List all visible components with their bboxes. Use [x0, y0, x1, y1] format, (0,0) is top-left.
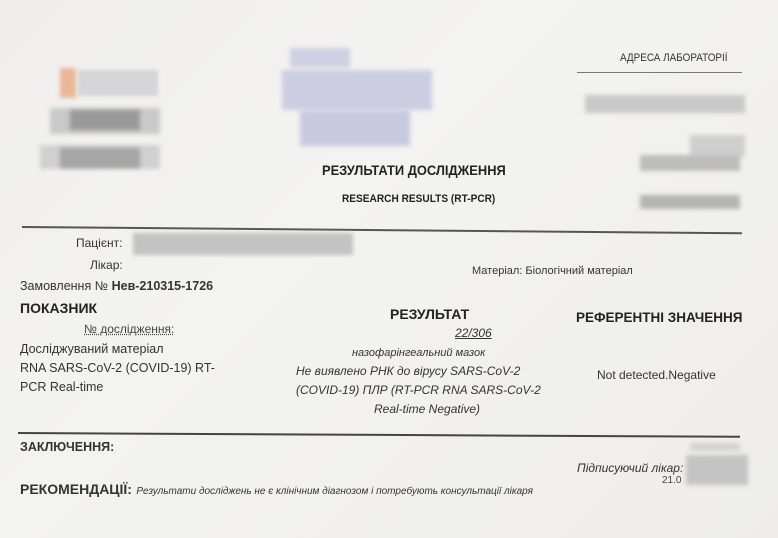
- lab-address-label: АДРЕСА ЛАБОРАТОРІЇ: [620, 52, 727, 64]
- signing-doctor-label: Підписуючий лікар:: [577, 461, 683, 475]
- recommendations-text: Результати досліджень не є клінічним діа…: [136, 486, 533, 497]
- divider: [577, 72, 742, 73]
- column-header-indicator: ПОКАЗНИК: [20, 300, 97, 316]
- divider: [22, 226, 742, 234]
- redacted-mark: [690, 443, 740, 451]
- recommendations: РЕКОМЕНДАЦІЇ: Результати досліджень не є…: [20, 481, 533, 499]
- result-line2: (COVID-19) ПЛР (RT-PCR RNA SARS-CoV-2: [296, 381, 541, 400]
- column-header-result: РЕЗУЛЬТАТ: [390, 306, 469, 322]
- material-value: Біологічний матеріал: [525, 265, 632, 277]
- patient-label: Пацієнт:: [76, 236, 122, 250]
- doctor-label: Лікар:: [90, 258, 123, 272]
- order-number: Нев-210315-1726: [112, 279, 214, 293]
- material-row-label: Досліджуваний матеріал: [20, 340, 164, 359]
- material-info: Матеріал: Біологічний матеріал: [472, 265, 633, 277]
- redacted-patient-name: [133, 233, 353, 255]
- divider: [18, 432, 740, 438]
- test-name-line1: RNA SARS-CoV-2 (COVID-19) RT-: [20, 359, 215, 378]
- conclusion-label: ЗАКЛЮЧЕННЯ:: [20, 440, 114, 454]
- study-number-label: № дослідження:: [84, 322, 174, 336]
- page-subtitle: RESEARCH RESULTS (RT-PCR): [342, 193, 495, 205]
- material-row-value: назофарінгеальний мазок: [352, 344, 485, 363]
- test-name-line2: PCR Real-time: [20, 378, 103, 397]
- result-line3: Real-time Negative): [374, 400, 480, 419]
- recommendations-label: РЕКОМЕНДАЦІЇ:: [20, 481, 132, 497]
- reference-value: Not detected.Negative: [597, 368, 716, 382]
- column-header-reference: РЕФЕРЕНТНІ ЗНАЧЕННЯ: [576, 310, 742, 325]
- page-title: РЕЗУЛЬТАТИ ДОСЛІДЖЕННЯ: [322, 162, 506, 178]
- material-label: Матеріал:: [472, 265, 522, 277]
- order-label: Замовлення №: [20, 279, 108, 293]
- order-info: Замовлення № Нев-210315-1726: [20, 279, 213, 293]
- redacted-doctor-name: [686, 455, 748, 485]
- study-number-value: 22/306: [455, 324, 492, 343]
- signature-date: 21.0: [662, 475, 681, 486]
- result-line1: Не виявлено РНК до вірусу SARS-CoV-2: [296, 362, 520, 381]
